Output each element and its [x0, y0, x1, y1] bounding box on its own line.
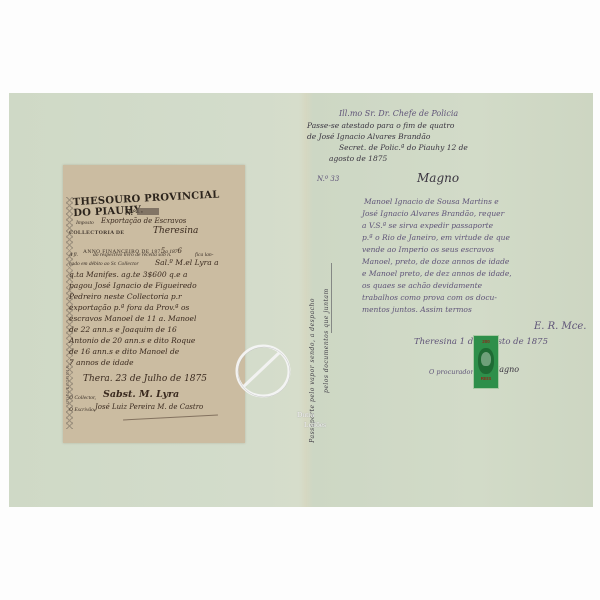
receipt-hand-line-0: Sal.º M.el Lyra a	[155, 257, 219, 268]
escrivao-flourish	[123, 415, 218, 421]
letter-body-line-2: a V.S.ª se sirva expedir passaporte	[362, 221, 493, 230]
anno-value-b: 6	[178, 247, 182, 255]
stamp-denomination-top: 200	[474, 339, 498, 344]
letter-signature-1: Magno	[417, 171, 459, 185]
watermark-line1: Dutra	[297, 410, 314, 419]
af-label: A fl.	[69, 252, 78, 258]
letter-body-line-7: os quaes se achão devidamente	[362, 281, 482, 290]
letter-body-line-0: Manoel Ignacio de Sousa Martins e	[364, 197, 499, 206]
letter-body-line-9: mentos juntos. Assim termos	[362, 305, 472, 314]
document-sheet: COLLECTORIA THESOURO PROVINCIAL DO PIAUH…	[9, 93, 593, 507]
receipt-hand-line-5: escravos Manoel de 11 a. Manoel	[69, 313, 196, 324]
receipt-hand-line-2: pagou José Ignacio de Figueiredo	[69, 280, 197, 291]
escrivao-label: O Escrivão,	[69, 407, 95, 413]
letter-body-line-6: e Manoel preto, de dez annos de idade,	[362, 269, 512, 278]
letter-request-line-1: de José Ignacio Alvares Brandão	[307, 132, 430, 141]
letter-body-line-8: trabalhos como prova com os docu-	[362, 293, 497, 302]
collector-signature: Sabst. M. Lyra	[103, 389, 179, 400]
letter-request-line-0: Passe-se atestado para o fim de quatro	[307, 121, 454, 130]
margin-note-2: pelos documentos que juntam	[323, 243, 330, 393]
collectoria-value: Theresina	[153, 226, 198, 236]
receipt-hand-line-3: Pedreiro neste Collectoria p.r	[69, 291, 182, 302]
margin-rule	[331, 263, 332, 333]
stamp-denomination-bottom: REIS	[474, 376, 498, 381]
receipt-number-blot	[137, 208, 159, 215]
watermark-ring-icon	[232, 340, 294, 402]
tax-receipt: COLLECTORIA THESOURO PROVINCIAL DO PIAUH…	[63, 165, 245, 443]
imposto-label: Imposto	[76, 220, 94, 226]
receipt-hand-line-9: 7 annos de idade	[69, 357, 134, 368]
collector-label: O Collector,	[69, 395, 96, 401]
receipt-hand-line-8: de 16 ann.s e dito Manoel de	[69, 346, 179, 357]
letter-header: Ill.mo Sr. Dr. Chefe de Policia	[339, 109, 458, 118]
imposto-value: Exportação de Escravos	[101, 217, 186, 225]
receipt-hand-line-6: de 22 ann.s e Joaquim de 16	[69, 324, 177, 335]
tax-stamp: 200 REIS	[473, 335, 499, 389]
letter-body-line-3: p.ª o Rio de Janeiro, em virtude de que	[362, 233, 510, 242]
debito-text: çado em débito ao Sr. Collector	[69, 261, 139, 267]
letter-body-line-4: vende ao Imperio os seus escravos	[362, 245, 494, 254]
letter-signer-prefix: O procurador	[429, 368, 474, 376]
receipt-hand-line-4: exportação p.ª fora da Prov.ª os	[69, 302, 189, 313]
receipt-hand-line-7: Antonio de 20 ann.s e dito Roque	[69, 335, 195, 346]
escrivao-signature: José Luiz Pereira M. de Castro	[95, 403, 203, 411]
watermark-line2: Leilões	[304, 420, 326, 429]
letter-request-line-3: agosto de 1875	[329, 154, 387, 163]
receipt-place-date: Thera. 23 de Julho de 1875	[83, 374, 207, 384]
receipt-number-label: N.°	[125, 208, 136, 217]
auction-watermark-logo	[232, 340, 294, 402]
stamp-portrait	[481, 352, 491, 366]
receipt-hand-line-1: q.ta Manifes. ag.te 3$600 q.e a	[69, 269, 187, 280]
letter-body-line-5: Manoel, preto, de doze annos de idade	[362, 257, 509, 266]
collectoria-label: COLLECTORIA DE	[69, 230, 124, 236]
letter-number: N.º 33	[317, 175, 339, 183]
letter-request-line-2: Secret. de Polic.ª do Piauhy 12 de	[339, 143, 468, 152]
letter-body-line-1: José Ignacio Alvares Brandão, requer	[362, 209, 504, 218]
letter-closing: E. R. Mce.	[534, 321, 586, 332]
